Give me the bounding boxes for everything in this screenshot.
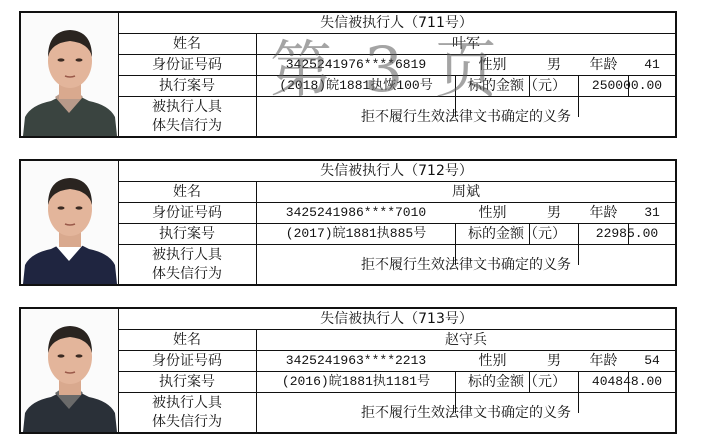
behavior-label: 被执行人具 体失信行为 — [118, 245, 256, 284]
behavior-value: 拒不履行生效法律文书确定的义务 — [257, 97, 675, 136]
record-title: 失信被执行人（713号） — [118, 309, 675, 329]
record-title: 失信被执行人（712号） — [118, 161, 675, 181]
id-number-value: 3425241963****2213 — [257, 351, 455, 371]
gender-label: 性别 — [456, 55, 529, 75]
gender-label: 性别 — [456, 203, 529, 223]
gender-value: 男 — [530, 351, 578, 371]
id-number-label: 身份证号码 — [118, 55, 256, 75]
amount-value: 250000.00 — [579, 76, 675, 96]
amount-value: 22985.00 — [579, 224, 675, 244]
name-value: 周斌 — [257, 182, 675, 202]
age-label: 年龄 — [579, 55, 628, 75]
name-value: 叶军 — [257, 34, 675, 54]
record-grid: 失信被执行人（711号） 姓名 叶军 身份证号码 3425241976****6… — [118, 13, 675, 136]
age-label: 年龄 — [579, 203, 628, 223]
behavior-value: 拒不履行生效法律文书确定的义务 — [257, 245, 675, 284]
behavior-value: 拒不履行生效法律文书确定的义务 — [257, 393, 675, 432]
case-number-value: (2018)皖1881执恢100号 — [257, 76, 455, 96]
id-number-label: 身份证号码 — [118, 351, 256, 371]
record-grid: 失信被执行人（713号） 姓名 赵守兵 身份证号码 3425241963****… — [118, 309, 675, 432]
person-photo — [21, 13, 119, 136]
amount-value: 404848.00 — [579, 372, 675, 392]
behavior-label-line2: 体失信行为 — [152, 413, 222, 432]
case-number-label: 执行案号 — [118, 76, 256, 96]
behavior-label: 被执行人具 体失信行为 — [118, 97, 256, 136]
dishonest-person-record: 失信被执行人（712号） 姓名 周斌 身份证号码 3425241986****7… — [19, 159, 677, 286]
age-value: 31 — [629, 203, 675, 223]
gender-label: 性别 — [456, 351, 529, 371]
behavior-label-line2: 体失信行为 — [152, 117, 222, 136]
id-number-label: 身份证号码 — [118, 203, 256, 223]
case-number-value: (2016)皖1881执1181号 — [257, 372, 455, 392]
id-number-value: 3425241976****6819 — [257, 55, 455, 75]
amount-label: 标的金额（元） — [456, 76, 578, 96]
behavior-label-line1: 被执行人具 — [152, 246, 222, 265]
age-value: 41 — [629, 55, 675, 75]
behavior-label-line1: 被执行人具 — [152, 98, 222, 117]
id-number-value: 3425241986****7010 — [257, 203, 455, 223]
gender-value: 男 — [530, 55, 578, 75]
age-label: 年龄 — [579, 351, 628, 371]
dishonest-person-record: 失信被执行人（713号） 姓名 赵守兵 身份证号码 3425241963****… — [19, 307, 677, 434]
dishonest-person-record: 失信被执行人（711号） 姓名 叶军 身份证号码 3425241976****6… — [19, 11, 677, 138]
amount-label: 标的金额（元） — [456, 372, 578, 392]
gender-value: 男 — [530, 203, 578, 223]
name-label: 姓名 — [118, 34, 256, 54]
case-number-value: (2017)皖1881执885号 — [257, 224, 455, 244]
person-photo — [21, 161, 119, 284]
behavior-label: 被执行人具 体失信行为 — [118, 393, 256, 432]
behavior-label-line1: 被执行人具 — [152, 394, 222, 413]
name-value: 赵守兵 — [257, 330, 675, 350]
record-title: 失信被执行人（711号） — [118, 13, 675, 33]
case-number-label: 执行案号 — [118, 224, 256, 244]
age-value: 54 — [629, 351, 675, 371]
name-label: 姓名 — [118, 330, 256, 350]
behavior-label-line2: 体失信行为 — [152, 265, 222, 284]
name-label: 姓名 — [118, 182, 256, 202]
case-number-label: 执行案号 — [118, 372, 256, 392]
record-grid: 失信被执行人（712号） 姓名 周斌 身份证号码 3425241986****7… — [118, 161, 675, 284]
amount-label: 标的金额（元） — [456, 224, 578, 244]
person-photo — [21, 309, 119, 432]
